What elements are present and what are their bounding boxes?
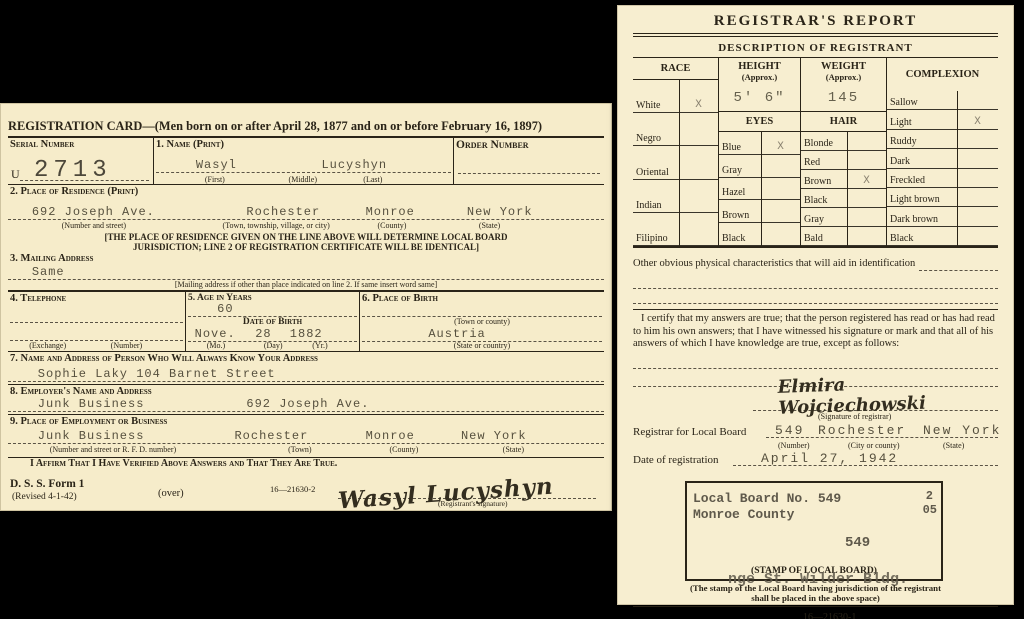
employment-label: 9. Place of Employment or Business <box>8 415 604 427</box>
dotted-line <box>156 172 451 173</box>
dotted-line <box>8 443 604 444</box>
dob-sub-month: (Mo.) <box>207 341 225 350</box>
height-value-cell: 5' 6" <box>719 88 800 112</box>
residence-county-value: Monroe <box>366 205 415 219</box>
name-sub-middle: (Middle) <box>289 175 317 184</box>
eyes-option-label: Brown <box>719 210 761 223</box>
hair-option-mark <box>847 244 886 246</box>
dotted-line <box>633 351 998 369</box>
complexion-option-label: Black <box>887 233 957 246</box>
hair-row: Black <box>801 189 886 208</box>
eyes-row: Black <box>719 223 800 246</box>
eyes-row: BlueX <box>719 132 800 155</box>
name-sub-first: (First) <box>205 175 225 184</box>
telephone-box: 4. Telephone (Exchange) (Number) <box>8 292 186 351</box>
board-state-value: New York <box>923 423 1001 438</box>
stamp-fragment-bottom: 05 <box>923 503 937 517</box>
stamp-fragment-top: 2 <box>926 489 933 503</box>
employment-county-value: Monroe <box>366 429 415 443</box>
eyes-option-label: Gray <box>719 165 761 178</box>
eyes-row: Gray <box>719 155 800 178</box>
form-id: D. S. S. Form 1 <box>10 478 84 490</box>
other-characteristics-row: Other obvious physical characteristics t… <box>633 258 998 274</box>
hair-option-label: Blonde <box>801 138 847 151</box>
board-sub-state: (State) <box>943 441 964 450</box>
complexion-option-label: Freckled <box>887 175 957 188</box>
residence-sub-state: (State) <box>479 221 500 230</box>
residence-street-value: 692 Joseph Ave. <box>32 205 155 219</box>
stamp-board-number: 549 <box>845 535 870 551</box>
order-number-box: Order Number <box>454 138 604 184</box>
complexion-option-label: Dark <box>887 156 957 169</box>
complexion-row: Sallow <box>887 91 998 110</box>
registrar-signature-sub: (Signature of registrar) <box>818 412 891 421</box>
birthplace-label: 6. Place of Birth <box>360 292 604 304</box>
residence-state-value: New York <box>467 205 533 219</box>
hair-option-label: Brown <box>801 176 847 189</box>
complexion-option-label: Ruddy <box>887 136 957 149</box>
registrar-signature-row: Elmira Wojciechowski (Signature of regis… <box>633 387 998 421</box>
complexion-row: Dark brown <box>887 207 998 226</box>
weight-hair-column: WEIGHT (Approx.) 145 HAIR Blonde Red Bro… <box>801 58 887 246</box>
residence-row: 2. Place of Residence (Print) 692 Joseph… <box>8 185 604 232</box>
dotted-line <box>20 180 149 181</box>
hair-option-label: Bald <box>801 233 847 246</box>
double-rule <box>633 33 998 37</box>
dotted-line <box>633 289 998 304</box>
registration-date-value: April 27, 1942 <box>761 451 898 466</box>
stamp-area: Local Board No. 549 Monroe County 2 05 5… <box>633 473 998 603</box>
mailing-address-label: 3. Mailing Address <box>8 252 604 264</box>
employment-sub-town: (Town) <box>288 445 311 454</box>
hair-header: HAIR <box>801 112 886 132</box>
mailing-address-row: 3. Mailing Address Same [Mailing address… <box>8 252 604 290</box>
age-box: 5. Age in Years 60 Date of Birth Nove. 2… <box>186 292 360 351</box>
complexion-row: LightX <box>887 110 998 129</box>
complexion-option-label: Light <box>887 117 957 130</box>
registrant-signature-sub: (Registrant's signature) <box>438 499 507 508</box>
eyes-header: EYES <box>719 112 800 132</box>
column-divider <box>957 91 958 246</box>
eyes-option-mark <box>761 244 800 246</box>
left-card-footer: D. S. S. Form 1 (Revised 4-1-42) (over) … <box>8 472 604 511</box>
employer-label: 8. Employer's Name and Address <box>8 385 604 397</box>
description-subtitle: DESCRIPTION OF REGISTRANT <box>633 42 998 54</box>
registration-card-title: REGISTRATION CARD—(Men born on or after … <box>8 103 604 138</box>
board-sub-number: (Number) <box>778 441 810 450</box>
employment-state-value: New York <box>461 429 527 443</box>
right-print-code: 16—21630-1 <box>633 612 998 619</box>
complexion-option-label: Dark brown <box>887 214 957 227</box>
form-revision: (Revised 4-1-42) <box>12 492 77 502</box>
local-board-row: Registrar for Local Board 549 Rochester … <box>633 421 998 441</box>
eyes-option-mark: X <box>761 141 800 155</box>
eyes-row: Brown <box>719 200 800 223</box>
contact-value: Sophie Laky 104 Barnet Street <box>38 367 276 381</box>
name-first-value: Wasyl <box>196 158 237 172</box>
registrant-signature: Wasyl Lucyshyn <box>337 473 554 515</box>
residence-city-value: Rochester <box>246 205 320 219</box>
other-characteristics-label: Other obvious physical characteristics t… <box>633 258 915 274</box>
race-row: Negro <box>633 113 718 146</box>
over-note: (over) <box>158 488 184 499</box>
mailing-address-sub: [Mailing address if other than place ind… <box>8 280 604 289</box>
race-row: Indian <box>633 180 718 213</box>
race-option-label: Filipino <box>633 233 679 246</box>
hair-row: Gray <box>801 208 886 227</box>
employment-sub-state: (State) <box>503 445 524 454</box>
certification-text: I certify that my answers are true; that… <box>633 309 998 351</box>
serial-name-order-row: Serial Number U 2713 1. Name (Print) Was… <box>8 138 604 185</box>
residence-sub-city: (Town, township, village, or city) <box>223 221 330 230</box>
dotted-line <box>919 258 998 271</box>
name-box: 1. Name (Print) Wasyl Lucyshyn (First) (… <box>154 138 454 184</box>
contact-label: 7. Name and Address of Person Who Will A… <box>8 352 604 364</box>
race-option-label: Indian <box>633 200 679 213</box>
employer-address-value: 692 Joseph Ave. <box>246 397 369 411</box>
telephone-age-birth-row: 4. Telephone (Exchange) (Number) 5. Age … <box>8 290 604 352</box>
registration-date-row: Date of registration April 27, 1942 <box>633 450 998 470</box>
name-last-value: Lucyshyn <box>321 158 387 172</box>
residence-sub-street: (Number and street) <box>62 221 126 230</box>
weight-approx-label: (Approx.) <box>801 72 886 83</box>
dob-sub-day: (Day) <box>264 341 283 350</box>
stamp-note-line2: shall be placed in the above space) <box>633 593 998 603</box>
left-print-code: 16—21630-2 <box>270 484 315 494</box>
employer-row: 8. Employer's Name and Address Junk Busi… <box>8 385 604 415</box>
employment-sub-county: (County) <box>389 445 418 454</box>
eyes-row: Hazel <box>719 178 800 201</box>
jurisdiction-note: [THE PLACE OF RESIDENCE GIVEN ON THE LIN… <box>8 232 604 252</box>
telephone-label: 4. Telephone <box>8 292 185 304</box>
registrars-report-card: REGISTRAR'S REPORT DESCRIPTION OF REGIST… <box>617 5 1014 605</box>
board-sub-city: (City or county) <box>848 441 900 450</box>
serial-prefix: U <box>11 167 20 182</box>
dob-day-value: 28 <box>255 327 271 341</box>
complexion-row: Ruddy <box>887 130 998 149</box>
stamp-board-line: Local Board No. 549 <box>693 491 841 506</box>
height-eyes-column: HEIGHT (Approx.) 5' 6" EYES BlueX Gray H… <box>719 58 801 246</box>
employment-name-value: Junk Business <box>38 429 145 443</box>
height-header: HEIGHT (Approx.) <box>719 58 800 88</box>
hair-row: Red <box>801 151 886 170</box>
race-header: RACE <box>633 58 718 80</box>
dotted-line <box>8 381 604 382</box>
eyes-option-label: Blue <box>719 142 761 155</box>
eyes-option-label: Black <box>719 233 761 246</box>
race-row: Filipino <box>633 213 718 246</box>
affirmation-text: I Affirm That I Have Verified Above Answ… <box>8 458 604 472</box>
residence-label: 2. Place of Residence (Print) <box>8 185 604 197</box>
race-option-label: White <box>633 100 679 113</box>
age-label: 5. Age in Years <box>186 292 359 303</box>
description-table: RACE WhiteX Negro Oriental Indian Filipi… <box>633 58 998 248</box>
registrars-report-title: REGISTRAR'S REPORT <box>633 13 998 30</box>
complexion-row: Light brown <box>887 188 998 207</box>
height-header-text: HEIGHT <box>719 61 800 72</box>
age-value: 60 <box>217 302 233 316</box>
employer-name-value: Junk Business <box>38 397 145 411</box>
telephone-sub-exchange: (Exchange) <box>29 341 66 350</box>
complexion-option-mark <box>957 244 998 246</box>
race-row: Oriental <box>633 146 718 179</box>
race-column: RACE WhiteX Negro Oriental Indian Filipi… <box>633 58 719 246</box>
hair-option-label: Red <box>801 157 847 170</box>
eyes-option-label: Hazel <box>719 187 761 200</box>
birthplace-sub-state: (State or country) <box>360 341 604 350</box>
serial-number-label: Serial Number <box>8 138 153 150</box>
dob-year-value: 1882 <box>290 327 323 341</box>
weight-value-cell: 145 <box>801 88 886 112</box>
column-divider <box>761 132 762 246</box>
hair-row: Blonde <box>801 132 886 151</box>
employment-town-value: Rochester <box>234 429 308 443</box>
column-divider <box>847 132 848 246</box>
dob-sub-year: (Yr.) <box>312 341 327 350</box>
jurisdiction-note-line2: JURISDICTION; LINE 2 OF REGISTRATION CER… <box>8 242 604 252</box>
local-board-stamp-box: Local Board No. 549 Monroe County 2 05 5… <box>685 481 943 581</box>
dob-label: Date of Birth <box>186 317 359 327</box>
race-option-mark <box>679 244 718 246</box>
race-option-mark: X <box>679 99 718 113</box>
mailing-address-value: Same <box>32 265 65 279</box>
contact-row: 7. Name and Address of Person Who Will A… <box>8 352 604 385</box>
weight-header: WEIGHT (Approx.) <box>801 58 886 88</box>
name-label: 1. Name (Print) <box>154 138 453 150</box>
board-city-value: Rochester <box>818 423 906 438</box>
hair-row: Bald <box>801 227 886 246</box>
board-number-value: 549 <box>775 423 804 438</box>
complexion-option-mark: X <box>957 116 998 130</box>
dotted-line <box>8 219 604 220</box>
dotted-line <box>633 274 998 289</box>
complexion-row: Freckled <box>887 169 998 188</box>
employment-sub-street: (Number and street or R. F. D. number) <box>50 445 176 454</box>
dotted-line <box>8 411 604 412</box>
complexion-row: Dark <box>887 149 998 168</box>
hair-option-mark: X <box>847 175 886 189</box>
dotted-line <box>10 322 183 323</box>
serial-number-box: Serial Number U 2713 <box>8 138 154 184</box>
race-row: WhiteX <box>633 80 718 113</box>
telephone-sub-number: (Number) <box>111 341 143 350</box>
height-value: 5' 6" <box>733 90 785 106</box>
employment-row: 9. Place of Employment or Business Junk … <box>8 415 604 458</box>
order-number-label: Order Number <box>454 138 604 151</box>
local-board-sublabels: (Number) (City or county) (State) <box>633 441 998 450</box>
hair-option-label: Black <box>801 195 847 208</box>
race-option-label: Oriental <box>633 167 679 180</box>
registration-card: REGISTRATION CARD—(Men born on or after … <box>0 103 612 511</box>
rule-line <box>633 606 998 607</box>
complexion-option-label: Sallow <box>887 97 957 110</box>
complexion-header: COMPLEXION <box>887 58 998 91</box>
race-option-label: Negro <box>633 133 679 146</box>
jurisdiction-note-line1: [THE PLACE OF RESIDENCE GIVEN ON THE LIN… <box>8 232 604 242</box>
weight-value: 145 <box>828 90 859 106</box>
complexion-column: COMPLEXION Sallow LightX Ruddy Dark Frec… <box>887 58 998 246</box>
dob-month-value: Nove. <box>195 327 236 341</box>
birthplace-box: 6. Place of Birth (Town or county) Austr… <box>360 292 604 351</box>
dotted-line <box>458 173 600 174</box>
local-board-label: Registrar for Local Board <box>633 426 746 438</box>
complexion-row: Black <box>887 227 998 246</box>
birthplace-value: Austria <box>428 327 485 341</box>
height-approx-label: (Approx.) <box>719 72 800 83</box>
birthplace-sub-town: (Town or county) <box>360 317 604 326</box>
registration-date-label: Date of registration <box>633 454 719 466</box>
hair-row: BrownX <box>801 170 886 189</box>
weight-header-text: WEIGHT <box>801 61 886 72</box>
hair-option-label: Gray <box>801 214 847 227</box>
stamp-county-line: Monroe County <box>693 507 794 522</box>
name-sub-last: (Last) <box>363 175 382 184</box>
column-divider <box>679 80 680 246</box>
complexion-option-label: Light brown <box>887 194 957 207</box>
residence-sub-county: (County) <box>378 221 407 230</box>
stamp-note-line1: (The stamp of the Local Board having jur… <box>633 583 998 593</box>
